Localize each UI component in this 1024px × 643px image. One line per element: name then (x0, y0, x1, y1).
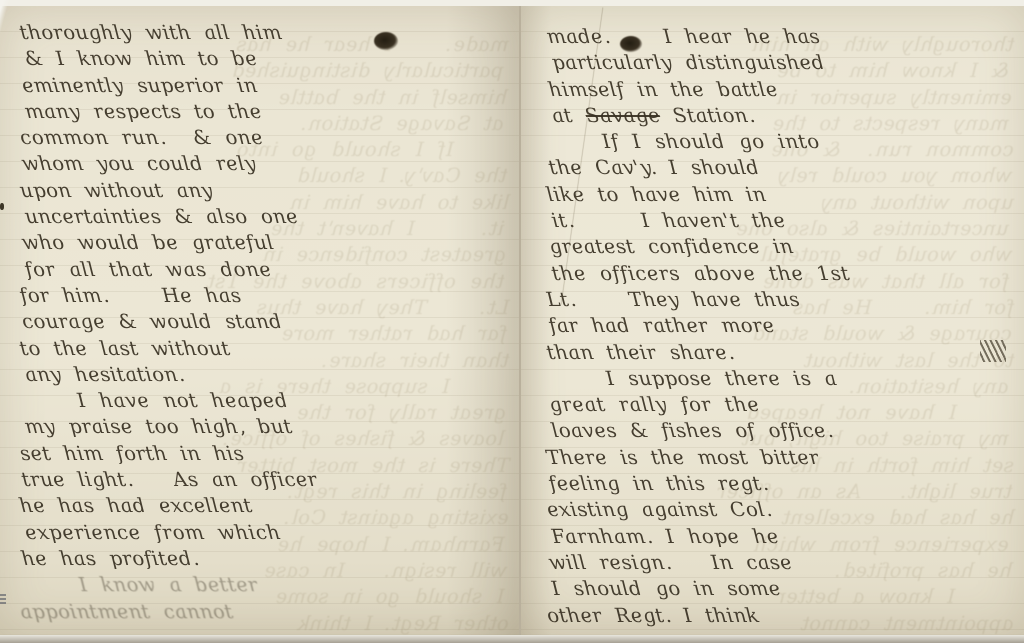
letter-page-right: thoroughly with all him& I know him to b… (521, 6, 1024, 635)
handwriting-line: the officers above the 1st (546, 261, 1022, 287)
handwriting-line: like to have him in (541, 182, 1022, 208)
handwriting-line: courage & would stand (16, 309, 517, 335)
stray-ink-marks (980, 340, 1006, 362)
handwriting-text: made. I hear he hasparticularly distingu… (547, 24, 1016, 629)
handwriting-line: true light. As an officer (16, 467, 517, 493)
handwriting-line: I suppose there is a (546, 366, 1022, 392)
handwriting-line: experience from which (19, 520, 517, 546)
handwriting-line: I have not heaped (16, 388, 517, 414)
handwriting-line: loaves & fishes of office. (546, 418, 1022, 444)
handwriting-line: If I should go into (541, 129, 1022, 155)
handwriting-line: feeling in this regt. (543, 471, 1022, 497)
letter-page-left: made. I hear he hasparticularly distingu… (0, 6, 521, 635)
handwriting-line: appointment cannot (14, 599, 517, 625)
handwriting-line: far had rather more (543, 313, 1022, 339)
handwriting-text: thoroughly with all him& I know him to b… (20, 20, 511, 625)
struck-word: Savage (580, 104, 664, 127)
handwriting-line: made. I hear he has (541, 24, 1022, 50)
handwriting-line: upon without any (14, 178, 517, 204)
handwriting-line: it. I haven't the (546, 208, 1022, 234)
handwriting-line: will resign. In case (543, 550, 1022, 576)
handwriting-line: common run. & one (14, 125, 517, 151)
handwriting-line: eminently superior in (16, 73, 517, 99)
handwriting-line: & I know him to be (19, 46, 517, 72)
handwriting-line: for him. He has (14, 283, 517, 309)
handwriting-line: my praise too high, but (19, 414, 517, 440)
handwriting-line: other Regt. I think (541, 603, 1022, 629)
handwriting-line: greatest confidence in (543, 234, 1022, 260)
handwriting-line: I should go in some (546, 576, 1022, 602)
handwriting-line: I know a better (19, 572, 517, 598)
handwriting-line: many respects to the (19, 99, 517, 125)
handwriting-line: Lt. They have thus (541, 287, 1022, 313)
handwriting-line: the Cav'y. I should (543, 155, 1022, 181)
ink-blot (620, 36, 642, 52)
handwriting-line: to the last without (14, 336, 517, 362)
page-bottom-shadow (0, 634, 1024, 643)
handwriting-line: thoroughly with all him (14, 20, 517, 46)
handwriting-line: particularly distinguished (546, 50, 1022, 76)
handwriting-line: he has had excellent (14, 493, 517, 519)
handwriting-line: he has profited. (16, 546, 517, 572)
handwriting-line: than their share. (541, 340, 1022, 366)
ink-blot (374, 32, 398, 50)
handwriting-line: set him forth in his (14, 441, 517, 467)
letter-scan: made. I hear he hasparticularly distingu… (0, 0, 1024, 643)
edge-mark (0, 594, 6, 606)
scan-backing-corner (0, 0, 10, 60)
handwriting-line: himself in the battle (543, 77, 1022, 103)
handwriting-line: existing against Col. (541, 497, 1022, 523)
handwriting-line: uncertainties & also one (19, 204, 517, 230)
handwriting-line: There is the most bitter (541, 445, 1022, 471)
handwriting-line: at Savage Station. (546, 103, 1022, 129)
handwriting-line: great rally for the (543, 392, 1022, 418)
handwriting-line: for all that was done (19, 257, 517, 283)
handwriting-line: whom you could rely (16, 151, 517, 177)
handwriting-line: any hesitation. (19, 362, 517, 388)
edge-ink-speck (0, 203, 4, 210)
handwriting-line: who would be grateful (16, 230, 517, 256)
handwriting-line: Farnham. I hope he (546, 524, 1022, 550)
